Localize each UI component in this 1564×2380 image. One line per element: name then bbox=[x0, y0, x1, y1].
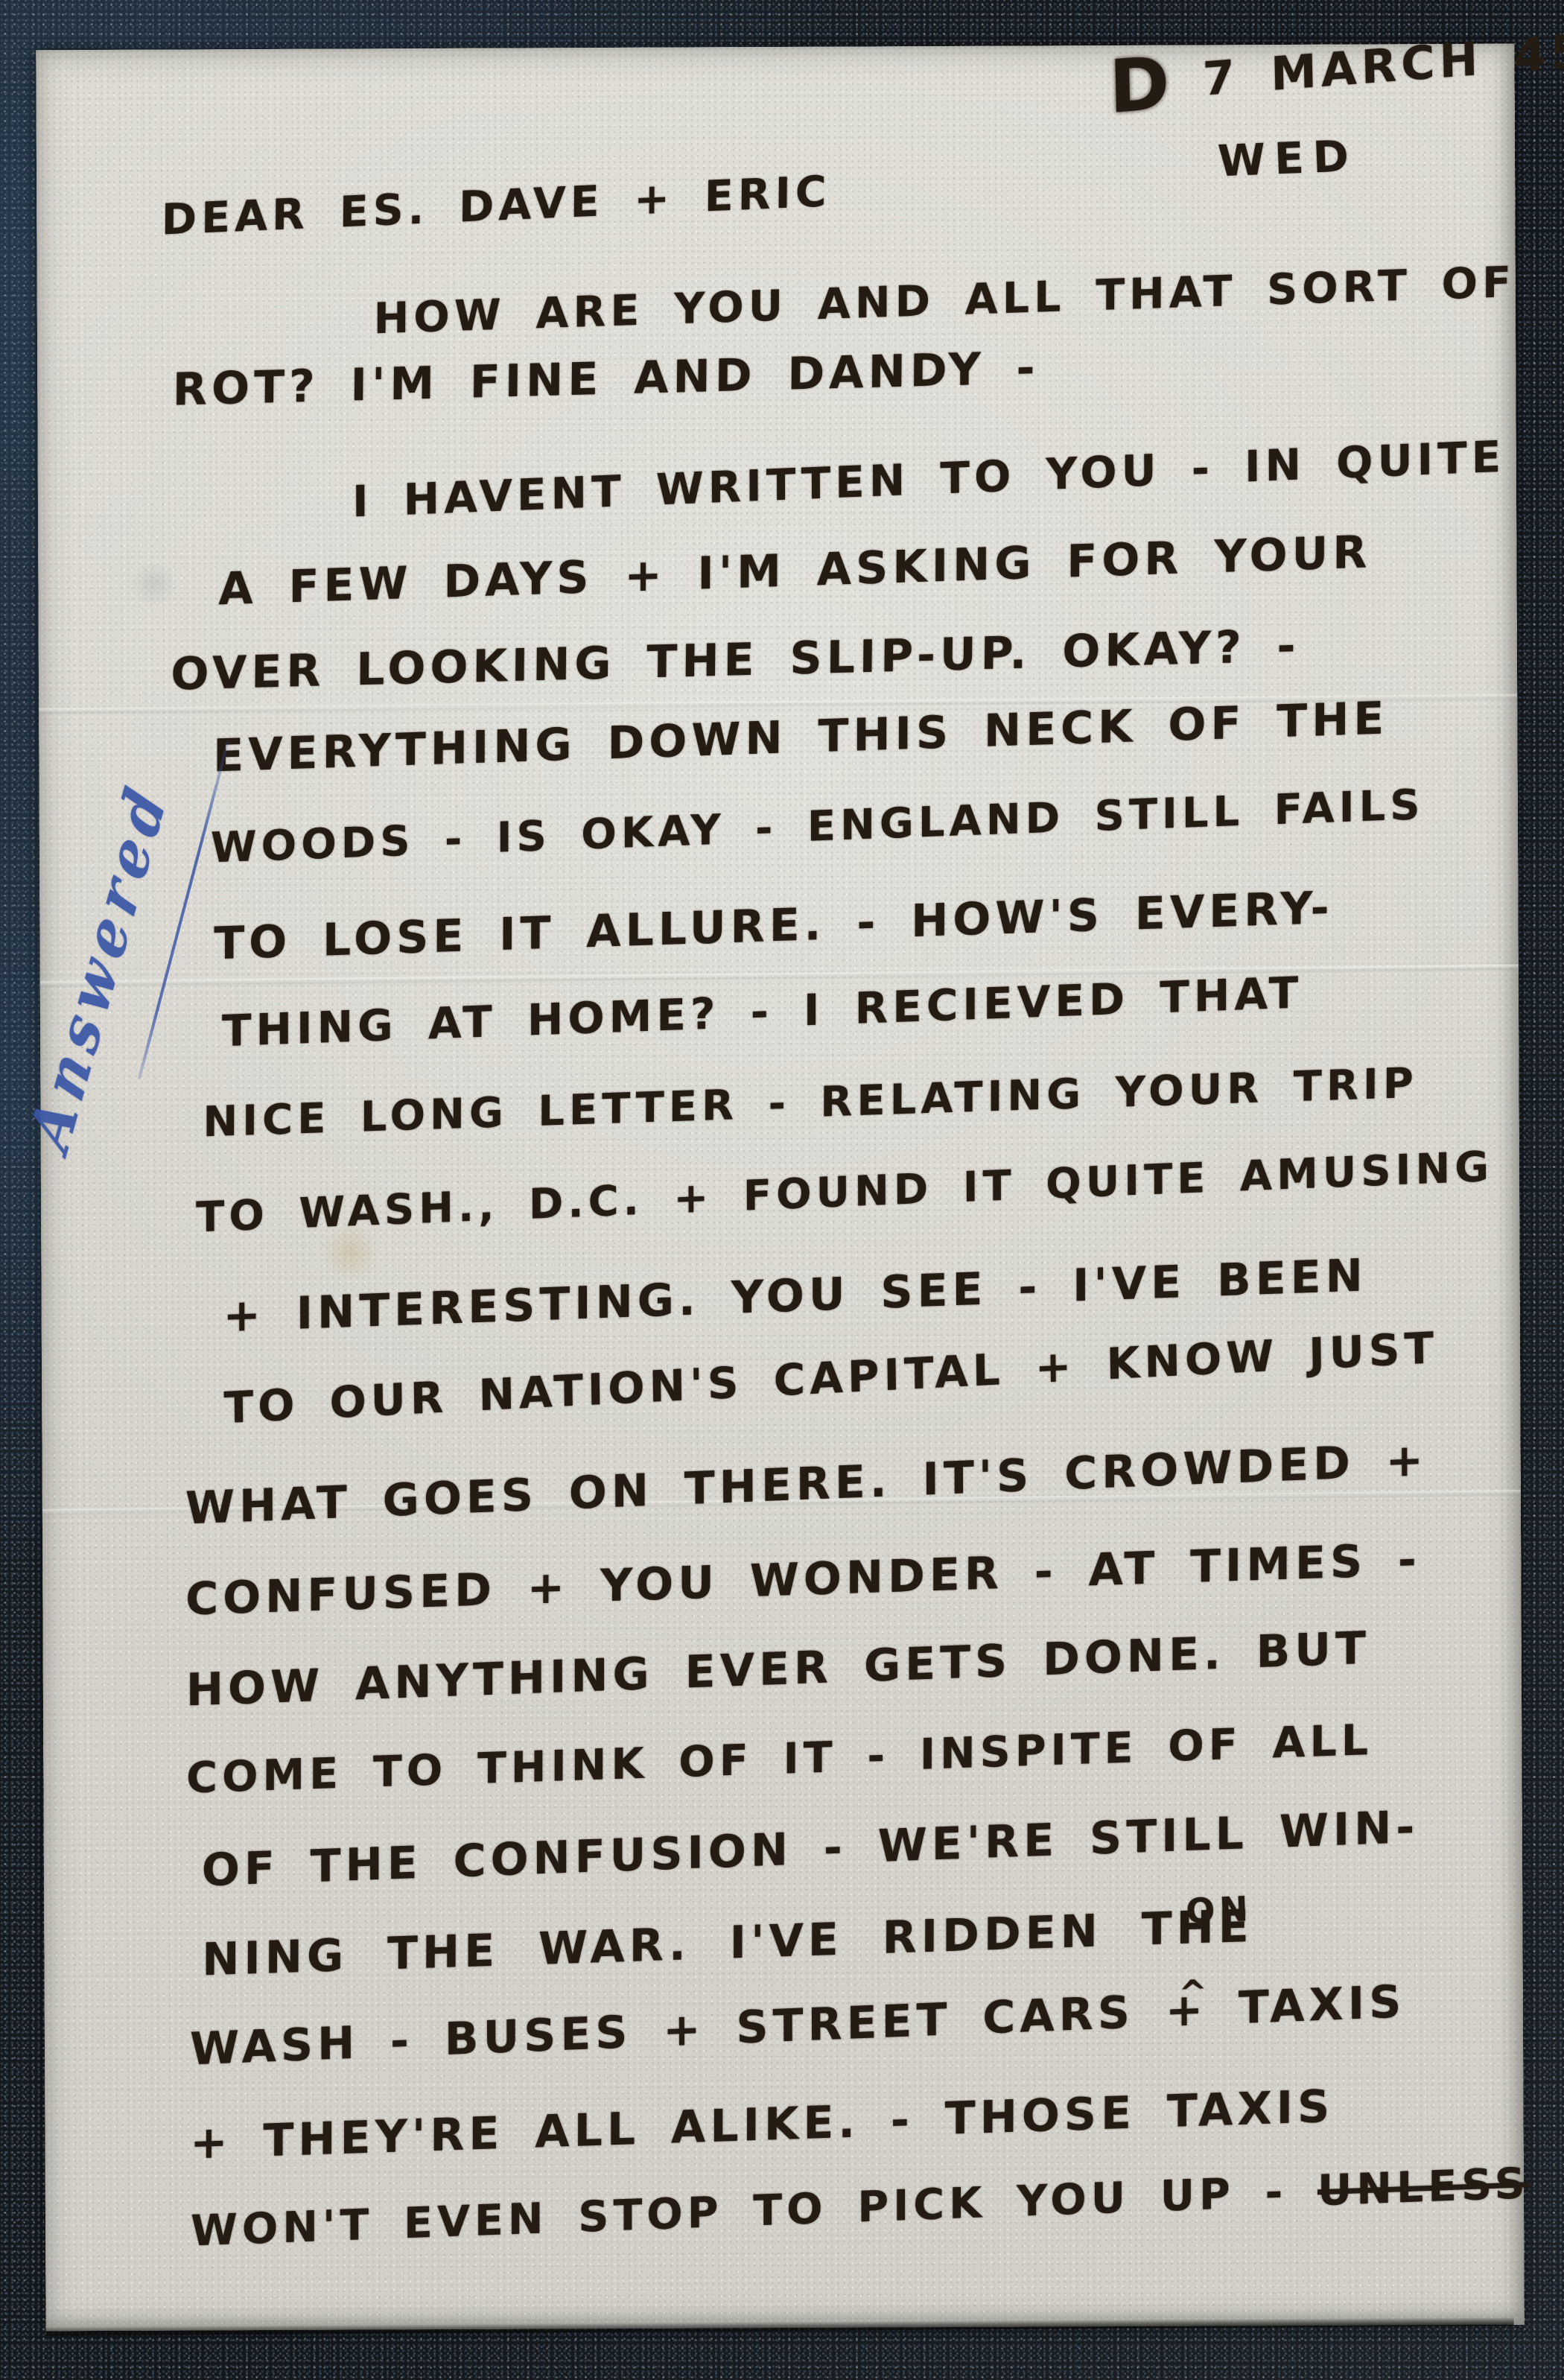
letter-line-22: WON'T EVEN STOP TO PICK YOU UP - UNLESS bbox=[191, 2159, 1530, 2256]
letter-line-11: TO WASH., D.C. + FOUND IT QUITE AMUSING bbox=[196, 1143, 1493, 1242]
letter-line-1: HOW ARE YOU AND ALL THAT SORT OF bbox=[374, 258, 1516, 344]
inserted-word: ON bbox=[1185, 1888, 1253, 1931]
letter-line-17: COME TO THINK OF IT - INSPITE OF ALL bbox=[186, 1716, 1373, 1803]
letter-line-15: CONFUSED + YOU WONDER - AT TIMES - bbox=[185, 1534, 1421, 1626]
insertion-caret: ^ bbox=[1178, 1972, 1213, 2014]
struck-out-word: UNLESS bbox=[1317, 2159, 1530, 2215]
letter-line-14: WHAT GOES ON THERE. IT'S CROWDED + bbox=[185, 1434, 1428, 1535]
letter-line-3: I HAVENT WRITTEN TO YOU - IN QUITE bbox=[352, 431, 1506, 527]
letter-line-12: + INTERESTING. YOU SEE - I'VE BEEN bbox=[223, 1249, 1367, 1342]
letter-line-2: ROT? I'M FINE AND DANDY - bbox=[172, 342, 1039, 416]
letter-line-16: HOW ANYTHING EVER GETS DONE. BUT bbox=[186, 1622, 1370, 1717]
letter-line-20: WASH - BUSES + STREET CARS + TAXIS bbox=[190, 1976, 1406, 2075]
letter-line-19: NING THE WAR. I'VE RIDDEN THE bbox=[202, 1900, 1253, 1987]
paper-stain bbox=[127, 564, 179, 605]
ink-blot: D bbox=[1108, 41, 1172, 130]
letter-line-10: NICE LONG LETTER - RELATING YOUR TRIP bbox=[203, 1059, 1418, 1147]
letter-line-18: OF THE CONFUSION - WE'RE STILL WIN- bbox=[202, 1801, 1419, 1897]
answered-annotation: Answered bbox=[17, 772, 182, 1161]
letter-line-13: TO OUR NATION'S CAPITAL + KNOW JUST bbox=[223, 1322, 1438, 1433]
letter-line-21: + THEY'RE ALL ALIKE. - THOSE TAXIS bbox=[190, 2081, 1334, 2170]
letter-line-8: TO LOSE IT ALLURE. - HOW'S EVERY- bbox=[214, 882, 1333, 971]
letter-page: D 7 MARCH 45 WED DEAR ES. DAVE + ERIC HO… bbox=[36, 44, 1524, 2332]
letter-line-5: OVER LOOKING THE SLIP-UP. OKAY? - bbox=[171, 620, 1300, 700]
salutation: DEAR ES. DAVE + ERIC bbox=[162, 167, 831, 245]
day-of-week: WED bbox=[1217, 130, 1358, 186]
letter-line-4: A FEW DAYS + I'M ASKING FOR YOUR bbox=[218, 526, 1371, 615]
letter-line-7: WOODS - IS OKAY - ENGLAND STILL FAILS bbox=[211, 781, 1425, 872]
letter-line-6: EVERYTHING DOWN THIS NECK OF THE bbox=[213, 692, 1388, 782]
letter-line-9: THING AT HOME? - I RECIEVED THAT bbox=[222, 967, 1303, 1056]
